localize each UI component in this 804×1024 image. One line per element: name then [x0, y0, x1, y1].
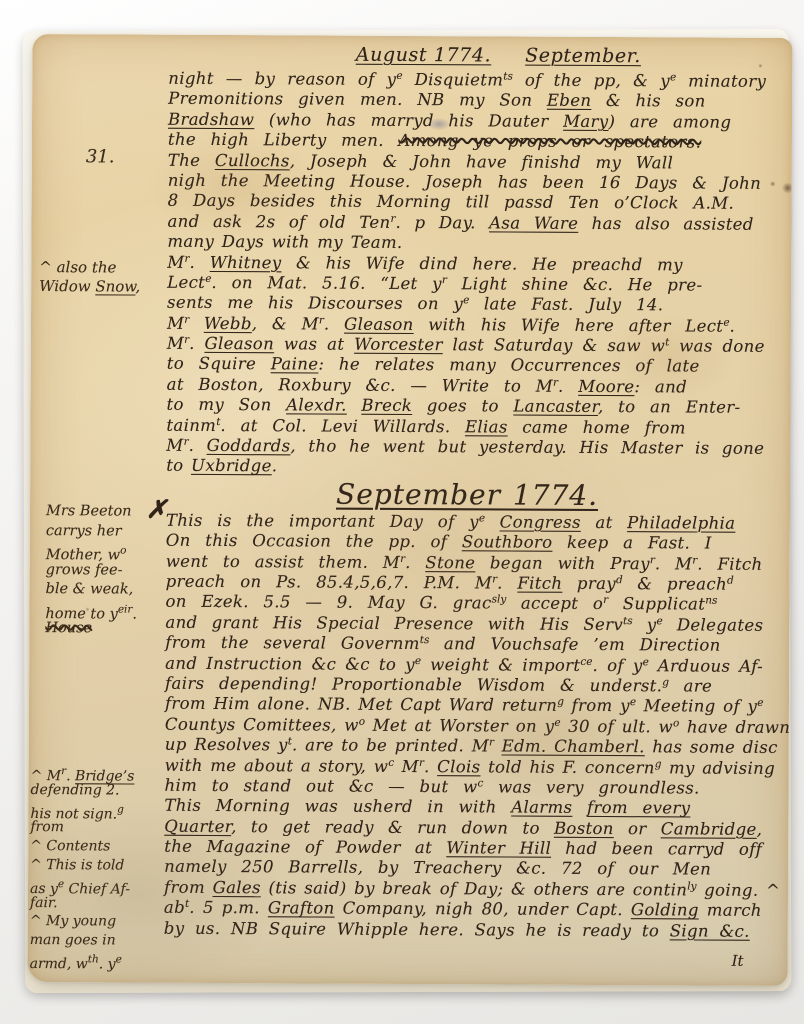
manuscript-line: ^ Mr. Bridge’s [31, 762, 135, 781]
header-september: September. [525, 45, 641, 68]
manuscript-line: ^ also the [39, 258, 140, 278]
margin-note-beeton: Mrs Beetoncarrys herMother, wogrows fee-… [45, 502, 137, 639]
page-header: August 1774.September. [168, 43, 770, 68]
manuscript-line: man goes in [30, 931, 134, 950]
manuscript-line: his not sign.g [30, 800, 134, 819]
september-entries: This is the important Day of ye Congress… [164, 511, 768, 942]
manuscript-line: home to yeir. [45, 600, 137, 620]
diary-text-column: night — by reason of ye Disquietmts of t… [164, 69, 771, 942]
header-august: August 1774. [356, 44, 492, 67]
manuscript-line: grows fee- [46, 561, 138, 581]
manuscript-line: ^ My young [30, 912, 134, 931]
manuscript-line: ^ This is told [30, 856, 134, 875]
manuscript-line: by us. NB Squire Whipple here. Says he i… [164, 918, 766, 942]
margin-note-bridge: ^ Mr. Bridge’sdefending 2.his not sign.g… [30, 762, 135, 969]
margin-note-widow-snow: ^ also theWidow Snow, [39, 258, 140, 297]
scan-background: August 1774.September. 31. ^ also theWid… [0, 0, 804, 1024]
manuscript-line: Widow Snow, [39, 277, 140, 297]
manuscript-line: ^ Contents [30, 837, 134, 856]
catchword-mark: It [732, 952, 744, 970]
manuscript-line: Mrs Beeton [46, 502, 138, 522]
cross-mark-icon: ✗ [146, 495, 167, 524]
manuscript-line: defending 2. [30, 781, 134, 800]
september-heading-text: September 1774. [336, 477, 598, 511]
manuscript-line: ble & weak, [46, 580, 138, 600]
manuscript-page: August 1774.September. 31. ^ also theWid… [28, 34, 793, 986]
margin-note-day-31: 31. [86, 146, 115, 167]
manuscript-line: Mother, wo [46, 541, 138, 561]
september-heading: September 1774. [166, 477, 768, 514]
august-entries: night — by reason of ye Disquietmts of t… [166, 69, 770, 480]
manuscript-line: armd, wth. ye [30, 950, 134, 969]
manuscript-line: as ye Chief Af- [30, 875, 134, 894]
manuscript-line: carrys her [46, 522, 138, 542]
